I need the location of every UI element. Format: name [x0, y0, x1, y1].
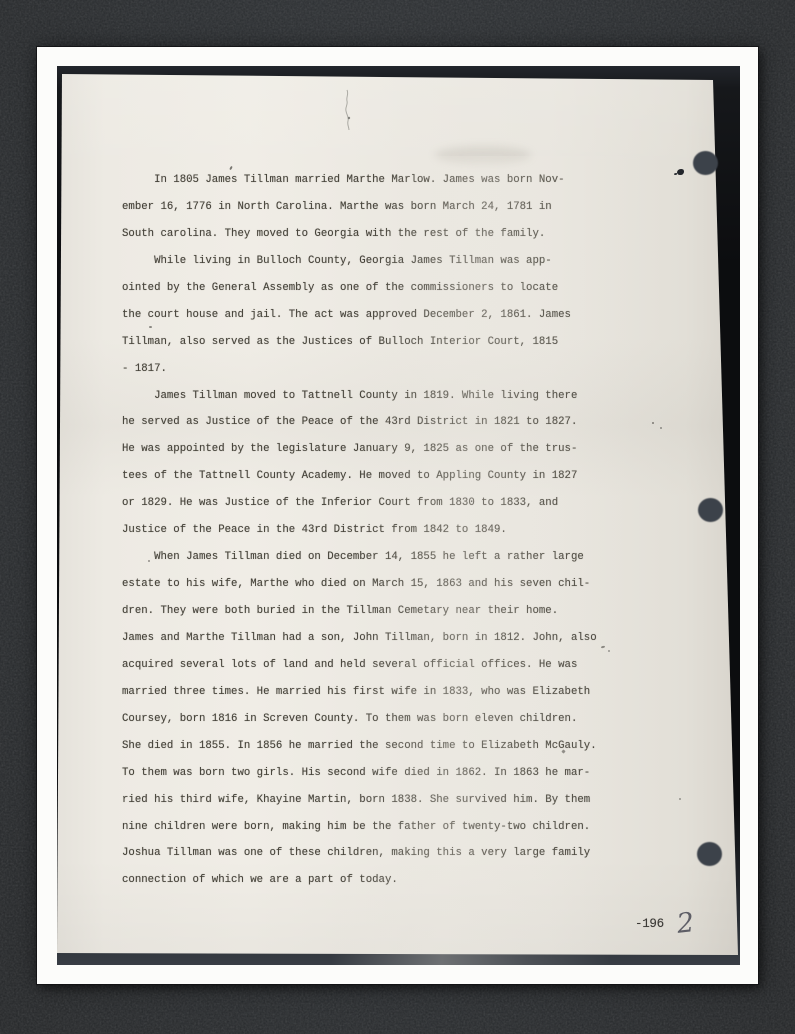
text-line: South carolina. They moved to Georgia wi…: [122, 221, 597, 248]
text-line: acquired several lots of land and held s…: [122, 652, 597, 679]
text-line: ointed by the General Assembly as one of…: [122, 275, 597, 302]
text-line: tees of the Tattnell County Academy. He …: [122, 463, 597, 490]
paper-speck: [679, 798, 681, 800]
text-line: James Tillman moved to Tattnell County i…: [122, 383, 597, 410]
text-line: he served as Justice of the Peace of the…: [122, 409, 597, 436]
text-line: dren. They were both buried in the Tillm…: [122, 598, 597, 625]
text-line: - 1817.: [122, 356, 597, 383]
text-line: While living in Bulloch County, Georgia …: [122, 248, 597, 275]
text-line: ried his third wife, Khayine Martin, bor…: [122, 787, 597, 814]
text-line: ember 16, 1776 in North Carolina. Marthe…: [122, 194, 597, 221]
fiber-artifact: [339, 84, 363, 140]
paper-speck: [652, 422, 654, 424]
paper-speck: [149, 326, 152, 328]
handwritten-page-number: 2: [675, 907, 695, 940]
text-line: Tillman, also served as the Justices of …: [122, 329, 597, 356]
text-line: estate to his wife, Marthe who died on M…: [122, 571, 597, 598]
text-line: When James Tillman died on December 14, …: [122, 544, 597, 571]
punch-hole-bottom: [697, 842, 722, 866]
photo-print: In 1805 James Tillman married Marthe Mar…: [37, 47, 758, 984]
paper-speck: [660, 427, 662, 429]
text-line: She died in 1855. In 1856 he married the…: [122, 733, 597, 760]
text-line: To them was born two girls. His second w…: [122, 760, 597, 787]
paper-speck: [608, 650, 610, 652]
text-line: connection of which we are a part of tod…: [122, 867, 597, 894]
ink-bleed-smudge: [435, 146, 531, 164]
text-line: In 1805 James Tillman married Marthe Mar…: [122, 167, 597, 194]
scanned-photo-scene: In 1805 James Tillman married Marthe Mar…: [0, 0, 795, 1034]
text-line: Justice of the Peace in the 43rd Distric…: [122, 517, 597, 544]
text-line: He was appointed by the legislature Janu…: [122, 436, 597, 463]
text-line: or 1829. He was Justice of the Inferior …: [122, 490, 597, 517]
page-number: -196: [635, 917, 664, 931]
text-line: Joshua Tillman was one of these children…: [122, 840, 597, 867]
text-line: married three times. He married his firs…: [122, 679, 597, 706]
scanner-bed: In 1805 James Tillman married Marthe Mar…: [57, 66, 740, 965]
text-line: nine children were born, making him be t…: [122, 814, 597, 841]
paper-speck: [148, 560, 150, 562]
text-line: Coursey, born 1816 in Screven County. To…: [122, 706, 597, 733]
text-line: the court house and jail. The act was ap…: [122, 302, 597, 329]
typed-text-block: In 1805 James Tillman married Marthe Mar…: [122, 167, 597, 894]
text-line: James and Marthe Tillman had a son, John…: [122, 625, 597, 652]
punch-hole-top: [693, 151, 718, 175]
punch-hole-middle: [698, 498, 723, 522]
